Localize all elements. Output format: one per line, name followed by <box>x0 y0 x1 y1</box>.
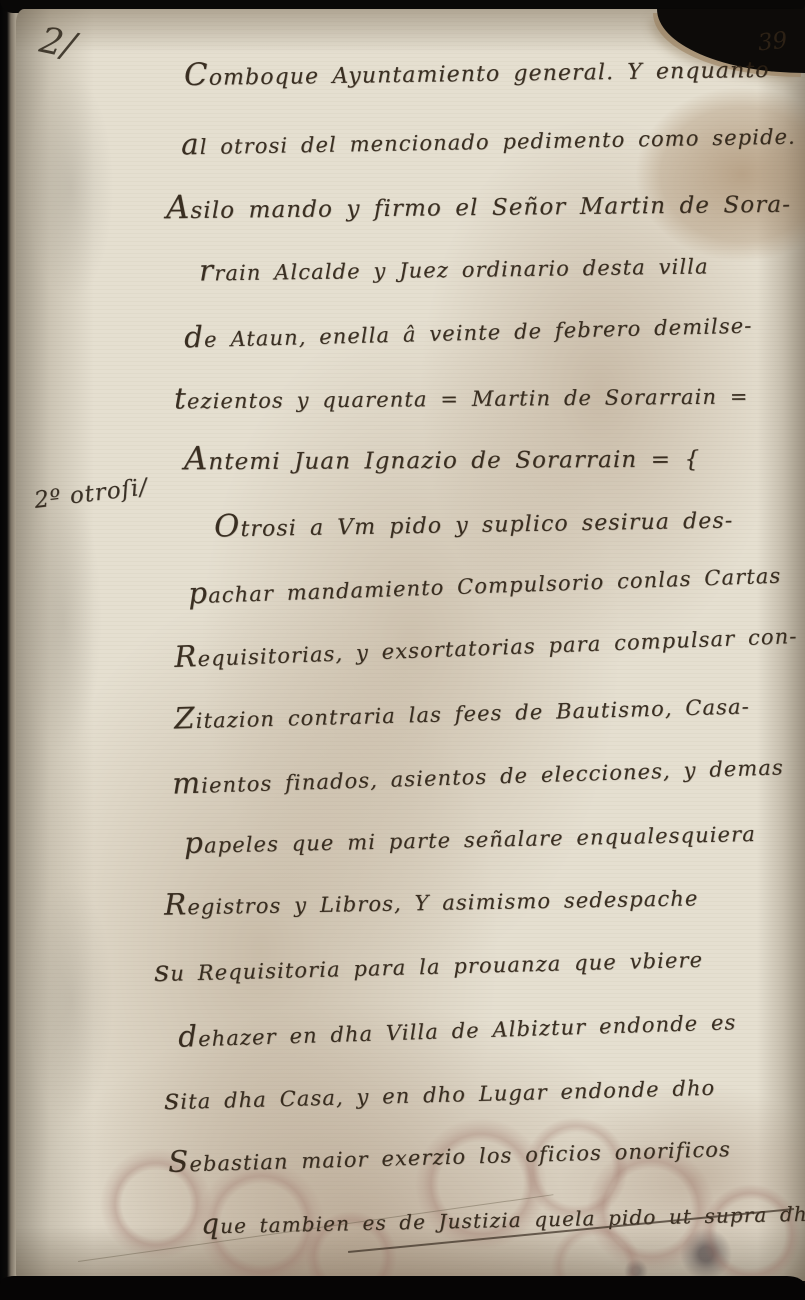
folio-mark: 2/ <box>36 20 79 67</box>
manuscript-line: Zitazion contraria las fees de Bautismo,… <box>174 686 751 735</box>
margin-note-otrosi: 2º otroſi/ <box>33 474 150 514</box>
manuscript-line: de Ataun, enella â veinte de febrero dem… <box>184 306 753 355</box>
page-bottom-dark-edge <box>0 1276 805 1300</box>
manuscript-line: rrain Alcalde y Juez ordinario desta vil… <box>199 246 709 287</box>
manuscript-line: dehazer en dha Villa de Albiztur endonde… <box>178 1002 737 1054</box>
manuscript-line: Sebastian maior exerzio los oficios onor… <box>168 1129 732 1179</box>
manuscript-line: Otrosi a Vm pido y suplico sesirua des- <box>214 499 734 544</box>
manuscript-page: 2/ 39 2º otroſi/ Comboque Ayuntamiento g… <box>16 9 805 1281</box>
manuscript-line: al otrosi del mencionado pedimento como … <box>181 117 796 162</box>
manuscript-line: Registros y Libros, Y asimismo sedespach… <box>164 878 699 921</box>
manuscript-line: Antemi Juan Ignazio de Sorarrain = { <box>184 437 700 478</box>
manuscript-line: papeles que mi parte señalare enqualesqu… <box>184 814 756 860</box>
manuscript-line: Requisitorias, y exsortatorias para comp… <box>174 616 798 674</box>
manuscript-line: Comboque Ayuntamiento general. Y enquant… <box>184 49 770 93</box>
manuscript-line: pachar mandamiento Compulsorio conlas Ca… <box>188 556 782 611</box>
manuscript-line: Asilo mando y firmo el Señor Martin de S… <box>166 182 791 227</box>
manuscript-line: sita dha Casa, y en dho Lugar endonde dh… <box>164 1068 716 1116</box>
manuscript-line: tezientos y quarenta = Martin de Sorarra… <box>174 376 749 415</box>
manuscript-line: mientos finados, asientos de elecciones,… <box>172 747 785 800</box>
manuscript-line: su Requisitoria para la prouanza que vbi… <box>154 940 704 988</box>
